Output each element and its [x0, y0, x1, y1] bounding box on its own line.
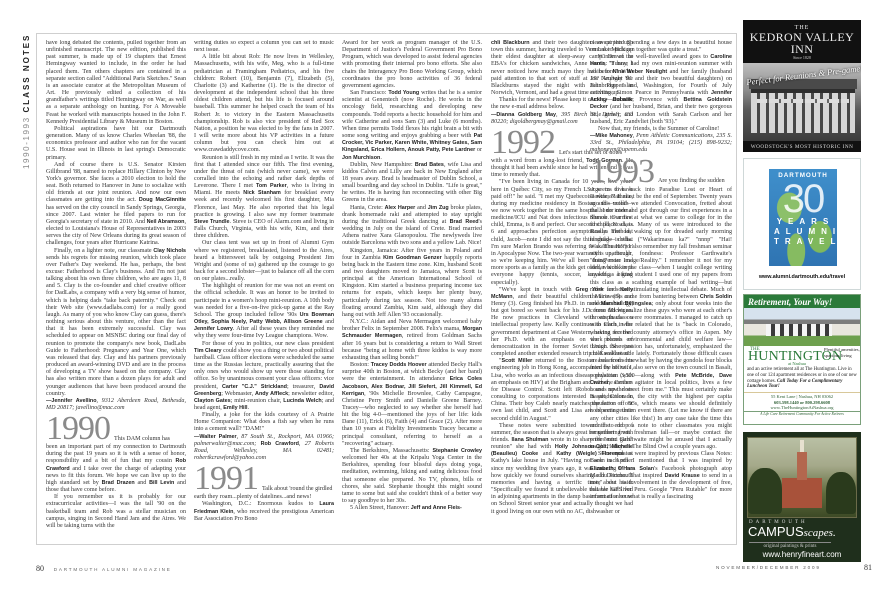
classmate-name: Nina Weber Neulight	[613, 69, 668, 75]
huntington-logo: THE HUNTINGTON at Nashua Plentiful ameni…	[744, 346, 860, 367]
classmate-name: Bill Levin	[149, 480, 174, 486]
paragraph: Our class tent was set up in front of Al…	[194, 240, 334, 283]
class-notes-label: CLASS NOTES	[22, 34, 31, 113]
ad-subtitle: original paintings & prints	[749, 542, 831, 549]
ad-footer: A Life Care Retirement Community For Act…	[744, 411, 860, 416]
classmate-name: Doug MacGinnitie	[139, 197, 186, 203]
year-number: 1992	[491, 129, 555, 157]
paragraph: If you remember us it is probably for ou…	[46, 494, 186, 530]
classmate-name: Elizabeth O'Hara Solan	[590, 466, 654, 472]
classmate-name: Chris Soldin	[700, 294, 732, 300]
page-number-left: 80	[36, 564, 44, 573]
classmate-name: Carter "C.J." Strickland	[222, 384, 287, 390]
classmate-name: Alex Harper	[385, 205, 416, 211]
classmate-name: Jon Murchison	[342, 155, 380, 161]
classmate-name: Stephanie Crowley	[432, 448, 482, 454]
tower-shape	[797, 452, 807, 480]
year-number: 1993	[590, 158, 654, 186]
paragraph: Some updates were inspired by previous C…	[590, 451, 732, 501]
paragraph: Kingston, Jamaica: After five years in P…	[342, 248, 482, 320]
paragraph: The highlight of reunion for me was not …	[194, 283, 334, 340]
classmate-name: Steve Trundle	[194, 219, 229, 225]
classmate-name: Scott Miller	[502, 358, 533, 364]
ad-url-link[interactable]: www.alumni.dartmouth.edu/travel	[744, 274, 860, 280]
classmate-name: Clayton Gates	[194, 398, 231, 404]
ad-kedron-valley-inn[interactable]: THE KEDRON VALLEY INN Since 1828 Perfect…	[743, 20, 861, 152]
ad-product-name: CAMPUSscapes.	[743, 525, 861, 540]
paragraph: Boston: Tracey Dodds Hoover attended Bec…	[342, 362, 482, 448]
classmate-name: Ilana Shulman	[511, 437, 548, 443]
paragraph: writing duties so expect a column you ca…	[194, 40, 334, 54]
year-heading-1991: 1991 Talk about 'round the girdled	[194, 465, 334, 493]
classmate-name: Clay Nichols	[153, 248, 186, 254]
paragraph: Washington, D.C.: Enormous kudos to Laur…	[194, 501, 334, 522]
classmate-name: Kim Goodman Genzer	[383, 255, 442, 261]
paragraph: Hania, Crete: Alex Harper and Jim Zug br…	[342, 205, 482, 248]
house-facade	[751, 89, 855, 133]
paragraph: clean carpets! Spending a few days in a …	[590, 40, 732, 54]
section-side-label: 1990-1993 CLASS NOTES	[22, 34, 34, 174]
column-5: clean carpets! Spending a few days in a …	[590, 40, 732, 540]
magazine-name: DARTMOUTH ALUMNI MAGAZINE	[54, 567, 172, 572]
campus-painting	[747, 437, 857, 518]
classmate-name: Tom Parker	[256, 183, 287, 189]
paragraph: N.Y.C.: Aidan and Neva Mermagen welcomed…	[342, 319, 482, 362]
year-heading-1993: 1993 Are you finding the sudden	[590, 158, 732, 186]
classmate-name: Todd Young	[388, 90, 419, 96]
year-heading-1990: 1990 This DAM column has	[46, 415, 186, 443]
classmate-name: Marshall Billingslea	[601, 301, 652, 307]
columns-shape	[766, 324, 832, 336]
classmate-name: Jim Zug	[428, 205, 449, 211]
paragraph: Winner of the well-travelled award goes …	[590, 54, 732, 126]
logo-line: ALUMNI	[769, 227, 837, 237]
classmate-name: Jeff and Anne Fleis-	[411, 505, 462, 511]
paragraph: For those of you in politics, our new cl…	[194, 341, 334, 413]
classmate-name: Lucinda Welch	[283, 398, 321, 404]
logo-number: 30	[769, 181, 837, 217]
bunting-decoration	[757, 99, 849, 103]
year-number: 1991	[194, 465, 258, 493]
ad-url-link[interactable]: www.henryfineart.com	[743, 550, 861, 559]
paragraph: Finally, a joke for the kids courtesy of…	[194, 412, 334, 433]
tree-shape	[748, 468, 782, 514]
paragraph: have long debated the contents, pulled t…	[46, 40, 186, 126]
paragraph: A little bit about Rob: He now lives in …	[194, 54, 334, 154]
spire-shape	[800, 440, 804, 452]
paragraph: San Francisco: Todd Young writes that he…	[342, 90, 482, 162]
page-number-right: 81	[864, 563, 872, 572]
ad-tagline: WOODSTOCK'S MOST HISTORIC INN	[743, 144, 861, 150]
classmate-name: Emily Hill	[223, 405, 247, 411]
column-1: have long debated the contents, pulled t…	[46, 40, 186, 540]
inn-photo: Perfect for Reunions & Pre-game!	[743, 63, 861, 141]
class-years-label: 1990-1993	[22, 117, 31, 170]
footer-left: 80 DARTMOUTH ALUMNI MAGAZINE	[36, 564, 172, 573]
classmate-name: Brad Bates	[415, 162, 444, 168]
classmate-name: Andy Affleck	[255, 391, 288, 397]
ad-inn-name: KEDRON VALLEY INN	[743, 31, 861, 55]
ad-amenities: Plentiful amenities, spacious living	[824, 347, 860, 358]
column-2: writing duties so expect a column you ca…	[194, 40, 334, 540]
paragraph: Political aspirations have hit our Dartm…	[46, 126, 186, 162]
ad-campus-scapes[interactable]: DARTMOUTH CAMPUSscapes. original paintin…	[743, 432, 861, 562]
classmate-name: Brad Drazen	[102, 480, 135, 486]
issue-date: NOVEMBER/DECEMBER 2009	[716, 565, 821, 570]
classmate-name: Tracey Dodds Hoover	[371, 362, 427, 368]
classmate-name: David Krause	[665, 473, 700, 479]
paragraph: And of course there is U.S. Senator Kirs…	[46, 162, 186, 248]
ad-huntington[interactable]: Retirement, Your Way! THE HUNTINGTON at …	[743, 294, 861, 425]
paragraph: been an important part of my connection …	[46, 444, 186, 494]
classmate-name: Brad Reed	[450, 219, 479, 225]
paragraph: 5 Allen Street, Hanover: Jeff and Anne F…	[342, 505, 482, 512]
classmate-name: Tim Cleary	[194, 348, 222, 354]
signature: —Walter Palmer, 87 South St., Rockport, …	[194, 434, 334, 463]
classmate-name: Nick Stanham	[243, 190, 281, 196]
ad-since-label: Since 1828	[743, 55, 861, 60]
paragraph: earth they roam...plenty of datelines...…	[194, 494, 334, 501]
logo-line: TRAVEL	[769, 237, 837, 247]
ad-banner: Retirement, Your Way!	[744, 295, 860, 308]
classmate-name: Neil Abramson	[147, 219, 185, 225]
classmate-name: chli Blackburn	[491, 40, 530, 46]
paragraph: Finally, on a lighter note, our classmat…	[46, 248, 186, 398]
signature: —Mike Mahoney, Penn Athletic Communicati…	[590, 133, 732, 154]
paragraph: Award for her work as program manager of…	[342, 40, 482, 90]
year-number: 1990	[46, 415, 110, 443]
logo-line: YEARS	[769, 217, 837, 227]
globe-30-logo-icon: DARTMOUTH 30 YEARS ALUMNI TRAVEL	[769, 169, 837, 266]
ad-contact: 55 Kent Lane | Nashua, NH 03062 603.598.…	[744, 392, 860, 410]
hall-shape	[782, 478, 822, 508]
tree-shape	[826, 472, 856, 514]
paragraph: urge to dive back into Paradise Lost or …	[590, 187, 732, 452]
logo-location: at Nashua	[788, 361, 806, 366]
paragraph: Dublin, New Hampshire: Brad Bates, wife …	[342, 162, 482, 205]
column-3: Award for her work as program manager of…	[342, 40, 482, 540]
paragraph: Now that, my friends, is the Summer of C…	[590, 126, 732, 133]
ad-alumni-travel[interactable]: DARTMOUTH 30 YEARS ALUMNI TRAVEL www.alu…	[743, 158, 861, 290]
classmate-name: Jennifer Lowry	[194, 326, 233, 332]
building-photo	[744, 308, 860, 346]
ad-url-link[interactable]: www.TheHuntingtonAtNashua.org	[744, 405, 860, 410]
paragraph: The Berkshires, Massachusetts: Stephanie…	[342, 448, 482, 505]
footer-right: NOVEMBER/DECEMBER 2009 81	[716, 565, 886, 571]
ad-body: and an active retirement all at The Hunt…	[744, 367, 860, 390]
paragraph: Reunion is still fresh in my mind as I w…	[194, 155, 334, 241]
